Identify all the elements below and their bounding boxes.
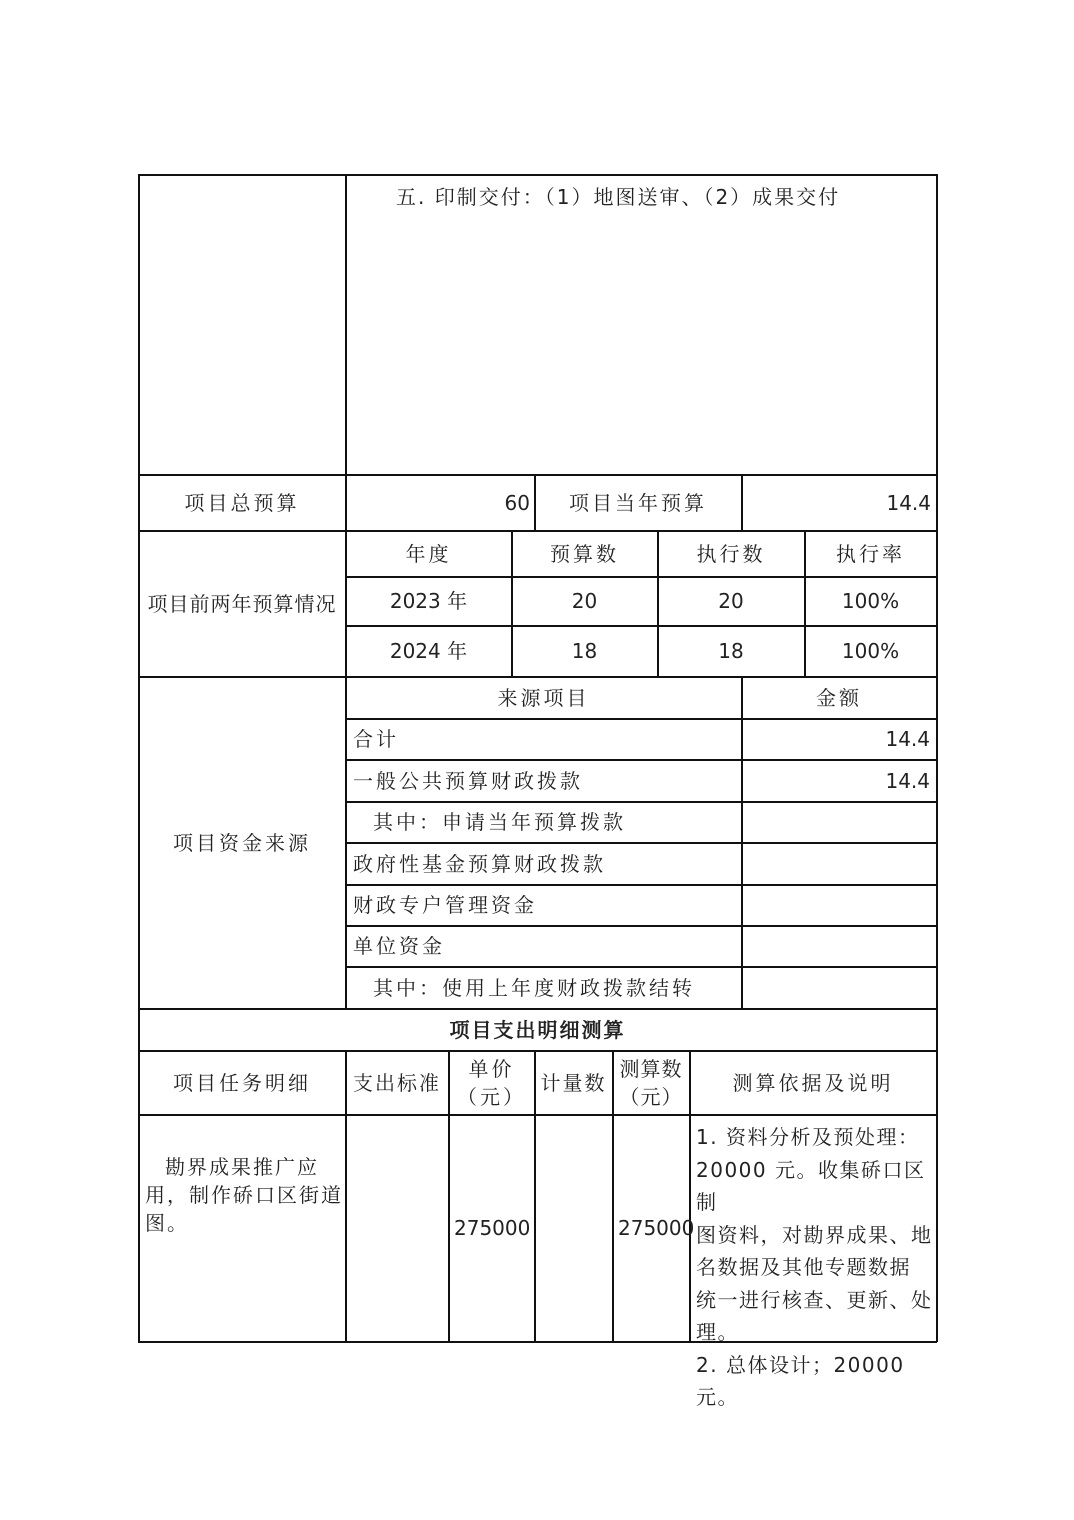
funding-amount-current-year-appropriation: [742, 802, 936, 842]
header-calc-line1: 测算数: [620, 1059, 683, 1079]
header-unit-price-line1: 单价: [469, 1059, 515, 1079]
funding-item-prior-year-carryover: 其中：使用上年度财政拨款结转: [346, 967, 741, 1008]
funding-item-government-fund: 政府性基金预算财政拨款: [346, 843, 741, 884]
rate-2023: 100%: [805, 577, 936, 625]
budget-2023: 20: [512, 577, 657, 625]
current-year-budget-label: 项目当年预算: [535, 475, 741, 530]
header-quantity: 计量数: [535, 1051, 612, 1114]
table-top-border: [138, 174, 937, 176]
header-executed: 执行数: [658, 531, 804, 576]
total-budget-value: 60: [346, 475, 534, 530]
calculated-amount-value: 275000: [613, 1115, 689, 1341]
basis-line: 名数据及其他专题数据: [696, 1251, 911, 1284]
header-unit-price: 单价 （元）: [449, 1051, 534, 1114]
budget-2024: 18: [512, 626, 657, 676]
task-line: 勘界成果推广应: [145, 1153, 319, 1181]
funding-item-special-account: 财政专户管理资金: [346, 885, 741, 925]
prev-years-label: 项目前两年预算情况: [139, 531, 345, 676]
header-task-detail: 项目任务明细: [139, 1051, 345, 1114]
header-expense-standard: 支出标准: [346, 1051, 448, 1114]
expense-detail-title: 项目支出明细测算: [139, 1009, 936, 1050]
basis-line: 2. 总体设计；20000 元。: [696, 1349, 936, 1414]
funding-source-label: 项目资金来源: [139, 677, 345, 1008]
year-2023: 2023 年: [346, 577, 511, 625]
task-line: 图。: [145, 1209, 189, 1237]
implementation-step-text: 五. 印制交付：（1）地图送审、（2）成果交付: [396, 184, 840, 210]
funding-amount-government-fund: [742, 843, 936, 884]
calculation-basis-cell: 1. 资料分析及预处理： 20000 元。收集硚口区制 图资料，对勘界成果、地 …: [690, 1115, 936, 1341]
funding-amount-special-account: [742, 885, 936, 925]
current-year-budget-value: 14.4: [742, 475, 936, 530]
header-execution-rate: 执行率: [805, 531, 936, 576]
header-calculation-basis: 测算依据及说明: [690, 1051, 936, 1114]
header-source-item: 来源项目: [346, 677, 741, 718]
header-calculated-amount: 测算数 （元）: [613, 1051, 689, 1114]
funding-item-unit-funds: 单位资金: [346, 926, 741, 966]
header-calc-line2: （元）: [620, 1087, 683, 1107]
funding-amount-general-public: 14.4: [742, 760, 936, 801]
document-page: 五. 印制交付：（1）地图送审、（2）成果交付 项目总预算 60 项目当年预算 …: [0, 0, 1074, 1520]
funding-item-general-public: 一般公共预算财政拨款: [346, 760, 741, 801]
executed-2023: 20: [658, 577, 804, 625]
quantity-value: [535, 1115, 612, 1341]
table-bottom-border: [138, 1341, 937, 1343]
total-budget-label: 项目总预算: [139, 475, 345, 530]
header-year: 年度: [346, 531, 511, 576]
task-line: 用，制作硚口区街道: [145, 1181, 343, 1209]
funding-amount-unit-funds: [742, 926, 936, 966]
executed-2024: 18: [658, 626, 804, 676]
basis-line: 理。: [696, 1316, 739, 1349]
header-unit-price-line2: （元）: [457, 1087, 526, 1107]
header-amount: 金额: [742, 677, 936, 718]
basis-line: 统一进行核查、更新、处: [696, 1284, 933, 1317]
funding-item-current-year-appropriation: 其中：申请当年预算拨款: [346, 802, 741, 842]
rate-2024: 100%: [805, 626, 936, 676]
funding-item-total: 合计: [346, 719, 741, 759]
unit-price-value: 275000: [449, 1115, 534, 1341]
header-budget: 预算数: [512, 531, 657, 576]
table-right-border: [936, 174, 938, 1342]
year-2024: 2024 年: [346, 626, 511, 676]
task-detail-cell: 勘界成果推广应 用，制作硚口区街道 图。: [139, 1115, 345, 1341]
funding-amount-prior-year-carryover: [742, 967, 936, 1008]
funding-amount-total: 14.4: [742, 719, 936, 759]
basis-line: 图资料，对勘界成果、地: [696, 1219, 933, 1252]
expense-standard-value: [346, 1115, 448, 1341]
basis-line: 1. 资料分析及预处理：: [696, 1121, 919, 1154]
basis-line: 20000 元。收集硚口区制: [696, 1154, 936, 1219]
